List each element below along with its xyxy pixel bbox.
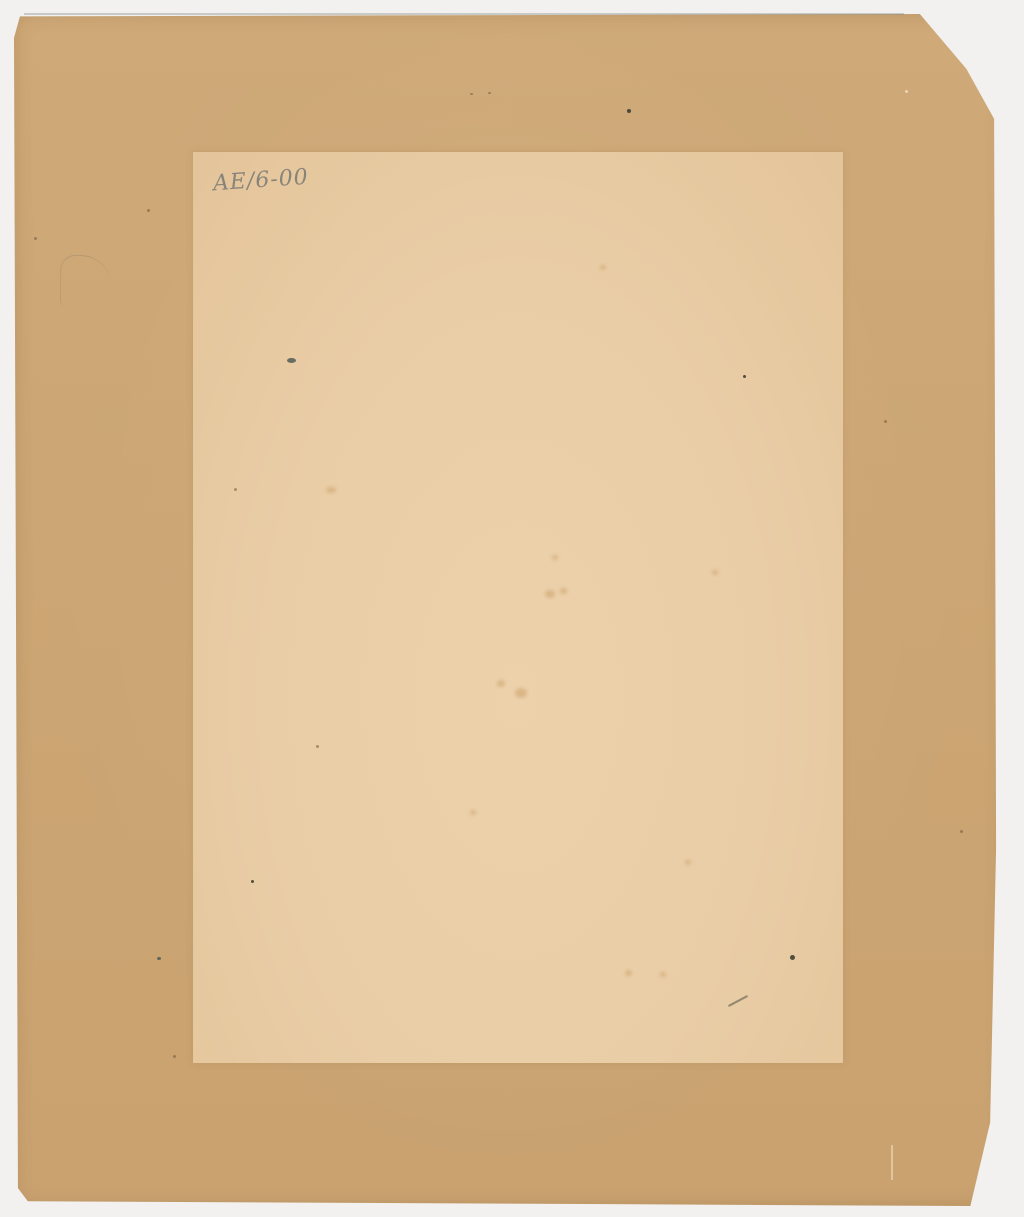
foxing-stain (470, 810, 476, 815)
speck (743, 375, 746, 378)
speck (488, 92, 491, 94)
speck (147, 209, 150, 212)
speck (157, 957, 161, 960)
speck (960, 830, 963, 833)
foxing-stain (560, 588, 567, 594)
foxing-stain (497, 680, 505, 687)
speck (173, 1055, 176, 1058)
highlight-speck (905, 90, 908, 93)
foxing-stain (515, 688, 527, 698)
board-crease (891, 1145, 893, 1180)
foxing-stain (600, 265, 606, 270)
ink-blot (287, 358, 296, 363)
speck (316, 745, 319, 748)
speck (234, 488, 237, 491)
scanned-photo-mount-back: AE/6-00 (0, 0, 1024, 1217)
foxing-stain (712, 570, 718, 575)
foxing-stain (625, 970, 632, 976)
speck (627, 109, 631, 113)
speck (884, 420, 887, 423)
speck (251, 880, 254, 883)
foxing-stain (685, 860, 691, 865)
stain (326, 487, 336, 493)
inner-photo-panel (193, 152, 843, 1063)
speck (790, 955, 795, 960)
foxing-stain (660, 972, 666, 977)
foxing-stain (552, 555, 558, 560)
speck (34, 237, 37, 240)
speck (470, 93, 473, 95)
foxing-stain (545, 590, 555, 598)
board-top-edge (24, 13, 904, 15)
